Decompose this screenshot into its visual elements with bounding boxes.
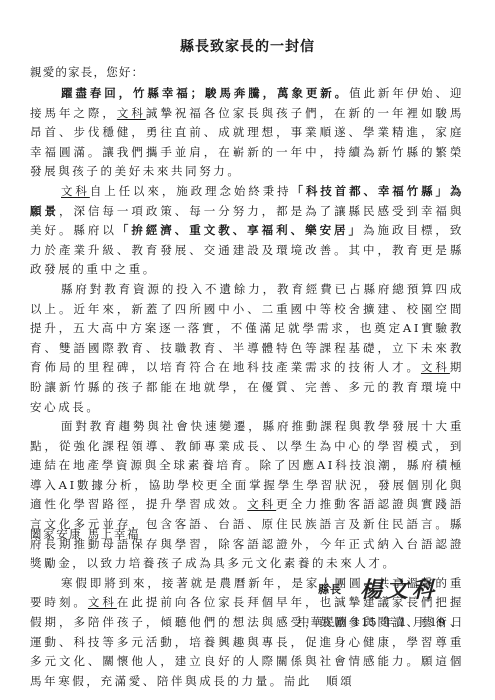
name-reference: 文科 xyxy=(88,595,117,609)
signature-title: 縣長 xyxy=(318,581,342,597)
signature-block: 縣長 楊文科 xyxy=(318,573,438,604)
paragraph-text: 縣府對教育資源的投入不遺餘力，教育經費已占縣府總預算四成以上。近年來，新蓋了四所… xyxy=(30,282,464,374)
emphasis-text: 躍盡春回，竹縣幸福；駿馬奔騰，萬象更新。 xyxy=(61,86,349,100)
body-paragraph: 躍盡春回，竹縣幸福；駿馬奔騰，萬象更新。值此新年伊始、迎接馬年之際，文科誠摯祝福… xyxy=(30,84,464,182)
name-reference: 文科 xyxy=(61,184,90,198)
signature-name: 楊文科 xyxy=(360,573,438,604)
greeting: 親愛的家長，您好： xyxy=(30,64,144,80)
paragraph-text: 自上任以來，施政理念始終秉持 xyxy=(90,184,292,198)
letter-page: 縣長致家長的一封信 親愛的家長，您好： 躍盡春回，竹縣幸福；駿馬奔騰，萬象更新。… xyxy=(0,0,495,700)
letter-title: 縣長致家長的一封信 xyxy=(0,36,495,56)
name-reference: 文科 xyxy=(421,360,450,374)
closing-line: 闔家安康 馬上幸福 xyxy=(30,526,140,542)
name-reference: 文科 xyxy=(117,106,146,120)
letter-date: 中華民國 115 年 1 月 19 日 xyxy=(298,614,463,630)
name-reference: 文科 xyxy=(247,497,276,511)
emphasis-text: 「拚經濟、重文教、享福利、樂安居」 xyxy=(117,223,363,237)
body-paragraph: 面對教育趨勢與社會快速變遷，縣府推動課程與教學發展十大重點，從強化課程領導、教師… xyxy=(30,417,464,574)
body-paragraph: 縣府對教育資源的投入不遺餘力，教育經費已占縣府總預算四成以上。近年來，新蓋了四所… xyxy=(30,280,464,417)
body-paragraph: 文科自上任以來，施政理念始終秉持「科技首都、幸福竹縣」為願景，深信每一項政策、每… xyxy=(30,182,464,280)
